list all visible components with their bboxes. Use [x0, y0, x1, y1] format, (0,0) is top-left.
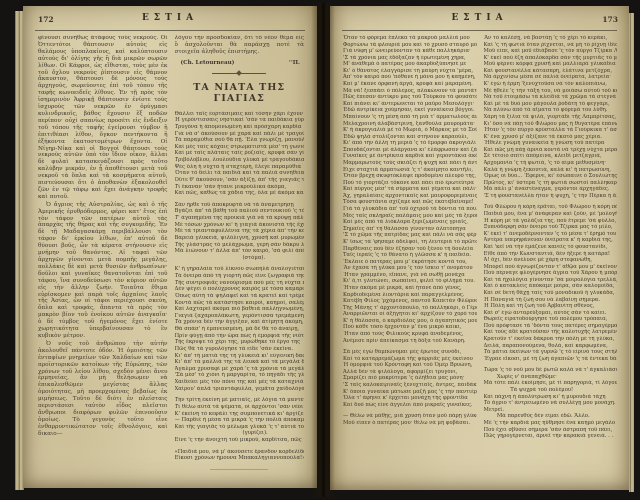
verse-line: Φορτώνω τὰ φλουριά μου καὶ τὸ χρυσὸ σταυ…	[343, 42, 477, 49]
verse-line: Μὰ νά! ξεσπάει ὁ πόλεμος, πλακώνουν τὰ μ…	[343, 88, 477, 95]
verse-line: Ἄχ, γηραλαίαις ἀρχοντικαῖς καὶ μαυροφορε…	[343, 193, 477, 200]
prose-paragraph: φίνουσι συνήθως ἀτάφους τοὺς νεκρούς. Οἱ…	[38, 35, 168, 201]
verse-line: Ἦταν ἀκόμα μὲ μικρά, καὶ ἤτανε ἀπὸ γένος…	[343, 285, 477, 292]
verse-line: Τῆς συντροφιᾶς νανούρισμα ποὺ μὲς τὴ νύχ…	[175, 280, 305, 287]
verse-line: Κ' ἡ γηραλαία τοῦ λίκνου σιωπηλὰ ἀναλογι…	[175, 266, 305, 273]
verse-line: Ἐδῶ ψηλὰ στολίζονται καὶ στήνουν καραούλ…	[343, 134, 477, 141]
verse-line: Ἐδῶ ἀντρίκεια χούμησαν, ἐκεῖ γυναίκεια β…	[343, 107, 477, 114]
verse-line: Μετρεῖ.	[484, 407, 618, 414]
author-signature: (Ch. Letourneau)	[181, 60, 235, 66]
page-number-right: 173	[602, 15, 618, 24]
verse-line: Ὅταν βρεχὴ σκυφτόκλαψε προδομένο πλευρό …	[343, 173, 477, 180]
verse-line: Εἶχε σταχτιὰ ἀρματωσιὰ 'ς τ' ἀκοίμητο κα…	[343, 167, 477, 174]
stanza: — Θέλω νὰ μάθῃς, μιὰ χρυσὴ ὅταν μοῦ πάρῃ…	[343, 413, 477, 426]
verse-line: Χαίρου' ἁπλᾶ τριαντάφυλλα, γεμᾶτα χαϊδολ…	[175, 386, 305, 393]
verse-line: Γιὰ νὰ σ' ἀκούσουν μὲ χαρὰ καὶ πάλι μὲ τ…	[175, 131, 305, 138]
verse-line: Ἂν τὸ καλέσῃ, νὰ βαστάῃ 'ς τὸ χέρι τὸ κε…	[484, 35, 618, 42]
verse-line: Τὰ ψυχρὰ τοῦ πολέμου!	[484, 387, 618, 394]
left-page-columns: φίνουσι συνήθως ἀτάφους τοὺς νεκρούς. Οἱ…	[23, 31, 317, 471]
verse-line: Κοντὰ πῶς τὰ κατάστησε καιροί, καημοί, σ…	[175, 300, 305, 307]
verse-line: Καὶ σὲ δετὴ θἄχῃ ταὶς τοῦ μοναδικοῦ ἡ γλ…	[484, 290, 618, 297]
translator-initial: ’’Π.	[289, 60, 300, 66]
verse-line: Δὲν ψέγει ὁ πολύχρονος καιρὸς μὲ τόσα κα…	[175, 286, 305, 293]
verse-line: Μοῦ φέρνει κόρφα χρυσῆ καὶ μαλλιαρὰ γλυκ…	[484, 61, 618, 68]
verse-line: Μ' ἀνάθεμά ὁ πατέρας μου ἀκαρδοξύπνησέ μ…	[343, 61, 477, 68]
verse-line: Κι' ἀπ' τὰ μαλλιά της τὰ λευκὰ καὶ τὰ με…	[175, 359, 305, 366]
verse-line: Τοῦ Φλώρου ἡ κόρη ἐρᾶται, τοῦ Φλώρου ἡ κ…	[484, 204, 618, 211]
verse-line: Τὴν τρίτη ἐκείνη μὲ ματιαῖς, μὲ λόγια τὰ…	[175, 397, 305, 404]
verse-line: Νὰ πλύνω ἀπὸ τὰ αἵματα τὸ φόρεμά του λύθ…	[484, 107, 618, 114]
verse-line: Τί θέλω αὐτὰ τὰ ψέματα, οἱ ἀρχόντοι 'σὰν…	[175, 404, 305, 411]
verse-line: Οὔτε θ' ἀκούσουν, 'σὰν ἀξίζῃ, ἀπ' τῆς γι…	[175, 177, 305, 184]
verse-line: Νὰ ἀρχινίσω μέσα σὲ παλιὰ ὀνείρατα, λατρ…	[484, 74, 618, 81]
stanza: Ὅταν τὸ φόρεμα ἔπλεκα τὰ μακρυὰ μαλλιά μ…	[343, 35, 477, 344]
verse-line: Πῶς ἔπεσαν ἀντίκρυ μας τοῦ Τούρκου τὰ φο…	[343, 94, 477, 101]
verse-line: Ἡ κόρη μὲ τὰ γαλάζια της, ποὺ ἔτρεμε 'σὰ…	[484, 218, 618, 225]
header-rule-left	[35, 30, 305, 31]
verse-line: Ἡ γερόντισσαις νηστικαὶ 'σὰν τὰ παιδάκια…	[175, 117, 305, 124]
verse-line: — Παρδιὲ ἡ μέσα τὰ μικρὰ 'ς τὴν πολιὰ ἀπ…	[175, 417, 305, 424]
verse-line: Σημαῖες ἀπ' τὴ θάλασσα γίνονταν ἁλατόπηγ…	[343, 226, 477, 233]
right-page-header: ΕΣΤΙΑ 173	[330, 13, 629, 28]
verse-line: Δειλά, παραπονούμενα, θολά, καὶ καρφωμέν…	[484, 343, 618, 350]
poem-opening-stanzas: Θάλλει ταῖς ἑορτάσιμαις καὶ τόσην χάρι ἔ…	[175, 111, 305, 462]
verse-line: Μαρμαρωτοὺς τοὺς σκιάζει ἡ ψυχὴ καὶ πάει…	[343, 160, 477, 167]
verse-line: Ἀρχομανία 'ς τὴ φωτιά, 'ς τὸ αἷμα μεθυσμ…	[484, 160, 618, 167]
verse-line: Ἔγραε εἴκοσι, μὲ τὴ ζωὴ ἀγαπιῶν 'ς τὰ ἔν…	[484, 356, 618, 363]
verse-line: Παιδιά μου, ἕνα μ' ἀνάφεραν καὶ ζοῦν, μὲ…	[484, 211, 618, 218]
header-rule-right	[342, 30, 617, 31]
verse-line: Καὶ πῶς, καθὼς τὰ χάδια της, ὅλα μὲ ἀκόμ…	[175, 190, 305, 197]
verse-line: Ὅμως οἱ δύο... Ἔφερνε, κι' ἐσώπαινε ὁ Σο…	[484, 173, 618, 180]
verse-line: Καρδιοδεμένα λιοντάρια καὶ παραγγελμένος…	[343, 292, 477, 299]
verse-line: Μελαχροινὴ ἀλαβάστρινη, ξανθούλα μαυρομά…	[343, 121, 477, 128]
stanza: Τὴν τρίτη ἐκείνη μὲ ματιαῖς, μὲ λόγια τὰ…	[175, 397, 305, 443]
verse-line: Θωρεῖς εἰρατοδούργησε τοῦ πολέμου τρόπαι…	[484, 316, 618, 323]
stanza: Ἂν τὸ καλέσῃ, νὰ βαστάῃ 'ς τὸ χέρι τὸ κε…	[484, 35, 618, 199]
verse-line: Καὶ μὲς ταὶς κόχαις στρωματιστὰ μέσ' τὴ …	[175, 144, 305, 151]
verse-line: Τὰ ὄνειρα ἀπὸ τὴ γιορτὴ πῶς εἶνε ζωγραφι…	[175, 273, 305, 280]
verse-line: Καὶ τὸ καταρρεμάζωμα τῆς ψαρριᾶς μὲς ἐκε…	[343, 356, 477, 363]
verse-line: Ἦταν ἀπὸ τοὺς Φιλικοὺς κρυφὰ ἀναδεμένος,	[343, 331, 477, 338]
verse-line: Καὶ λαχταρεῖ ἀκόμα πιὸ βαθειὰ παλληγνωμέ…	[175, 306, 305, 313]
stanza: Τώρα 'ς τὸ νοῦ μου δὲ ῥωτῶ καλὰ νὰ τ' ἀγ…	[484, 367, 618, 439]
verse-line: Σὰ μὲς ἐγὼ θαμπώνομαι μὲς ἔρωτος συνόδι,	[343, 349, 477, 356]
verse-line: Καὶ τοὺς ἀδὲ κρατοῦσαν τῆς καλοτυχῆς λατ…	[484, 329, 618, 336]
verse-line: Βαρειὰ γλυκειά, ψιλόλιγνη, χρυσῆ καὶ μυρ…	[175, 235, 305, 242]
verse-line: Ἔκλαιε ὁ πατέρας μου μ' ἐκράτησε κοντά τ…	[343, 259, 477, 266]
verse-line: Κ' ἡ ἀκρογιαλιὰ μὲ τὸ Μωριά, ὁ Μάρκος μὲ…	[343, 127, 477, 134]
verse-line: Ὅταν τὸ δείλι τὰ παιδιὰ καὶ τὰ παλιὰ συν…	[175, 170, 305, 177]
verse-line: Πῶς γηρογέρνεται, ἀρνεῖ τὴν καρακιὰ γενε…	[484, 433, 618, 440]
verse-line: Γιὰ τὰ γλυκάδια ἀπ' τοῦ ὀχτροῦ τὰ δόντια…	[343, 206, 477, 213]
stanza: «Παιδιά μου, νὰ μ' ἀκούσετε ἔρανδον κορδ…	[175, 449, 305, 462]
verse-line: Γιαγιὰ ζαχαροπλάκωτη, γερόντισσα τρεμάμε…	[175, 313, 305, 320]
verse-line: Κ' ἐγὼ ἡ ἔρμη 'ξενυχτοῦσα νὰ τὸν καλοπιά…	[484, 81, 618, 88]
verse-line: Κ' ἐκεῖ ποὺ ἔζη ἀπαλόκαρδα σὰν τῆς μυρτι…	[484, 55, 618, 62]
verse-line: Καὶ μ' ἔκανε ὀρφανὴ ἀργά, κρυφὰ καὶ μαρα…	[343, 81, 477, 88]
verse-line: Κατέβη Φίλος 'ρχόμενος, παντοῦ Καπετὰν Φ…	[343, 298, 477, 305]
right-page-columns: Ὅταν τὸ φόρεμα ἔπλεκα τὰ μακρυὰ μαλλιά μ…	[330, 31, 629, 471]
verse-line: Μοῦ εἶπε, καὶ μοῦ ἐδιάβασε 'ς τὸν πύργο …	[484, 48, 618, 55]
verse-line: Μὰ πάλι μ' ἀναστέναγμα, γερόντοι ἀρχηγάδ…	[484, 186, 618, 193]
verse-line: Σπουδάζονται μὲ ἀλάργανα κι' ἐλάφρωσαν κ…	[343, 147, 477, 154]
right-page-column-1: Ὅταν τὸ φόρεμα ἔπλεκα τὰ μακρυὰ μαλλιά μ…	[343, 35, 477, 471]
verse-line: Τὰ παραμύθια σοῦ θὰ πῇ. Ἔλα γνωρίζῃ, μαν…	[175, 137, 305, 144]
verse-line: Καὶ σ' ἐγὼ ἀνταρεύξομαι, αὐτὸς σὰν τὸ κα…	[484, 310, 618, 317]
book-spread-photo: 172 ΕΣΤΙΑ φίνουσι συνήθως ἀτάφους τοὺς ν…	[0, 0, 640, 500]
verse-line: Καὶ 'κεῖ νὰ τὴν ἐμάζευε κανεὶς τὸ φουστα…	[484, 244, 618, 251]
verse-line: Τώρα 'ς τὸ νοῦ μου δὲ ῥωτῶ καλὰ νὰ τ' ἀγ…	[484, 367, 618, 374]
verse-line: Τῆς ἔκρυψε τὸ χέρι της, μυρώθηκε τὸ ἔργο…	[175, 339, 305, 346]
verse-line: Ποὺ ἔχει σβύσει σήμερα 'σὰν ἀστραπὴ τοῦ …	[484, 427, 618, 434]
left-page-header: 172 ΕΣΤΙΑ	[23, 13, 317, 28]
verse-line: (στόμα).	[175, 255, 305, 262]
verse-line: Ξυπνόδερφη σὰν ὄνειρο τοῦ Τζίρκα μας τὸ …	[484, 224, 618, 231]
verse-line: 'Σ τὸ χῶμα τῆς πατρίδας μας καὶ πάλι νὰ …	[343, 232, 477, 239]
verse-line: Ψὲς ὅλη ἡ νύχτα ἡ σταχτερή, ἔλεγε παραμύ…	[175, 164, 305, 171]
verse-line: Μοῦ εἶπεν ὁ πατέρας μου· θέλω νὰ μὴ φοβᾶ…	[343, 420, 477, 427]
verse-line: 'Σ ταῖς καλοκαιριναῖς ξενυχτιαῖς, ἄντρες…	[343, 382, 477, 389]
page-edges-right	[629, 13, 634, 492]
verse-line: Σὲ τέτοιο σπίτι ἀπόμεινα, κλειδὶ μετζαγρ…	[484, 153, 618, 160]
verse-line: Τριβόλοβλου, λουλούδια γλυκὰ μὲ τραγουδά…	[175, 157, 305, 164]
verse-line: Βγάζει ἀπ' τὰ βάθη τοῦ παλιοῦ σεντουκιοῦ…	[175, 208, 305, 215]
verse-line: 'Σ τὴ φουστανέλλα ἦταν ἡ ψυχή, 'ς τὴν Πέ…	[484, 193, 618, 200]
verse-line: Χωρὶς ν' ἀναπαχθῶμε·	[484, 374, 618, 381]
verse-line: Θὰ σπάσ' ἡ ἐμπνευσμένη, μὰ δὲ θὰ τὸ ἀναί…	[175, 326, 305, 333]
verse-line: Κι' ὁ θάνατος ἐλαγγάρισε τὴ μαύρη νύχτα …	[343, 68, 477, 75]
left-page-column-1: φίνουσι συνήθως ἀτάφους τοὺς νεκρούς. Οἱ…	[38, 35, 168, 471]
verse-line: Τρυγόνα ἡ ἀπομονωμένη καὶ πρόσχαρη καρδί…	[175, 124, 305, 131]
left-page-column-2: λόγου τὴν προσδοκίαν, ὅτι τὸ νέον θέμα ε…	[175, 35, 305, 471]
verse-line: Κι' ἀπ' τὴ ματιά της τὴ γλυκειὰ κι' εὐγε…	[175, 353, 305, 360]
verse-line: Εἴκοσι χρόνων ἤμουνα Μπακαληγιαννοπούλα!…	[175, 455, 305, 462]
verse-line: Καλὰ ἡ γνώμη ξεκουτιά, καλὰ κι' ἡ πατρωσ…	[484, 167, 618, 174]
verse-line: 'Σὰ μέσ' τὸ χιόνι ἡ μαργαρίτα, τὸ πηγάδι…	[175, 372, 305, 379]
verse-line: Μὰ λιώνουν τ' ἄλλα ἀπ' τὸν καιρό, 'σὰ φι…	[175, 248, 305, 255]
verse-line: Καὶ τὰ ἠχολόγια γίνονταν 'σὰ μοιρολόγια …	[484, 277, 618, 284]
verse-line: Τὰ μάτια ἐκείνων τὰ γυρνῶ 'ς τὸ εἰρινό τ…	[484, 349, 618, 356]
verse-line: Πρὶν φύγῃ ἀπὸ τὴν ὥρα πὼς ἡ ἐμορφιὰ τῆς …	[175, 333, 305, 340]
verse-line: Εἴθε ἀπὸ τὴν Κωνσταντιά, δὲν ἤξερε ἡ κατ…	[484, 251, 618, 258]
verse-line: Γιὰ νύφη μ' ὠνειρεύονταν τὰ κάθε παλληκά…	[343, 48, 477, 55]
verse-line: Τῆς γλάστρας τὸ μελάχρωμα, γερὴ σὰν δάκρ…	[175, 242, 305, 249]
stanza: Τοῦ Φλώρου ἡ κόρη ἐρᾶται, τοῦ Φλώρου ἡ κ…	[484, 204, 618, 362]
verse-line: Νὰ τοῦ ἑτοιμάσω τὰ κλειδιὰ τὰ χρῶμα τὰ σ…	[484, 94, 618, 101]
verse-line: Χάρη τὰ ξίλια τὰ ψιλά, γιορτάδι τῆς Λαμπ…	[484, 114, 618, 121]
verse-line: Κ' ὅποια γυναίκα μάτωσε μαζῆ μας 'ς τὴν …	[343, 389, 477, 396]
verse-line: Κ' ἐκεῖ τ' ἀνεμοδέρνονταν 'ς τὸ μέσα τ' …	[484, 231, 618, 238]
verse-line: Τὸ ἄγριο τ' ἀντρειωμένο νὰ συλλέγῃ μου μ…	[484, 400, 618, 407]
section-divider-ornament	[175, 69, 305, 78]
stanza: Κ' ἡ γηραλαία τοῦ λίκνου σιωπηλὰ ἀναλογι…	[175, 266, 305, 392]
stanza: Θάλλει ταῖς ἑορτάσιμαις καὶ τόσην χάρι ἔ…	[175, 111, 305, 197]
verse-line: Ἄγαλμα χρυσαφὶ μὲ χαρὰ 'ς τὰ χρόνια τὰ μ…	[175, 366, 305, 373]
verse-line: Ἦταν γραμμένο, εἴπανε, γιὰ νὰ σωθῇ μονάχ…	[343, 272, 477, 279]
verse-line: Ὅταν τὸ φόρεμα ἔπλεκα τὰ μακρυὰ μαλλιά μ…	[343, 35, 477, 42]
verse-line: Ἀλλὰ δὲν τὰ ψιλόλογα, ἀφορμίζει τρυγόνι,	[343, 369, 477, 376]
verse-line: Ἡ Πόλη καὶ τὴ ζωὴ τοῦ Ἀρβανίτη σθένος,	[484, 303, 618, 310]
article-signature-row: (Ch. Letourneau) ’’Π.	[181, 60, 301, 66]
verse-line: Μὲ ἤθελε 'ς τὴν τάξη του, νὰ μοιάσω αὐτο…	[484, 88, 618, 95]
verse-line: Γυναῖκες μὲ ἀντρίκεια καρδιὰ καὶ γεροντά…	[343, 153, 477, 160]
verse-line: Ἀντέρα ὑπερηφάνευαν ὀνείρατα κ' ἡ καρδιά…	[484, 237, 618, 244]
verse-line: Κ' ἐκείνη τὸ κεφάλι της συμπονετικὰ κι' …	[175, 411, 305, 418]
verse-line: Μὰ τότε πάλι ἐκοίμησε, μὲ τί παρηγοριά, …	[484, 380, 618, 387]
verse-line: Χαϊδεύει μὲς τὸν πόνο της καὶ μὲς τὰ κατ…	[175, 379, 305, 386]
verse-line: Μὲ τὰ τριανταφυλλένια της τὰ χέρια ἀπ' τ…	[175, 228, 305, 235]
verse-line: Καὶ πάχνη ἡ ἀπολύτρωση κι' ἡ μυρουδιὰ τά…	[484, 394, 618, 401]
verse-line: Μὰ παρευθὺς δὲν εἶμαι ἐδῶ. Ἄλλο.	[484, 413, 618, 420]
poem-title: ΤΑ ΝΙΑΤΑ ΤΗΣ ΓΙΑΓΙΑΣ	[175, 82, 305, 104]
verse-line: Καὶ πῶς μὴ πάῃ ἀρνιὰ κοντὰ νὰ τρέχῃ νύχτ…	[484, 147, 618, 154]
verse-line: Ἡ ὁμορφιὰ τοῦ Κρόνταφη καὶ τοῦ Ὁμὲρ Βρυώ…	[343, 362, 477, 369]
verse-line: Ἦταν 'ς τὸν πύργο κρύσταλλα τὰ Γιούρκικα…	[484, 127, 618, 134]
end-flourish	[210, 469, 268, 470]
verse-line: Τῆς Μάνης τ' ἀρχοντόπουλο, τὸ παλληκάρι,…	[343, 305, 477, 312]
verse-line: Καὶ 'ς τὴ φωτιὰ ὅταν ῥίχνεται, νὰ μὴ τὸ …	[484, 42, 618, 49]
verse-line: Θάλλει ταῖς ἑορτάσιμαις καὶ τόσην χάρι ἔ…	[175, 111, 305, 118]
verse-line: Κ' ἡ θάλασσα, ὁ καρδιόλας μου, ὁ ἀγαπητι…	[343, 318, 477, 325]
verse-line: Τὰ χρόνια δὲν τὴν ἄγγιξαν, καὶ ἀτίμητη ἀ…	[175, 319, 305, 326]
verse-line: Καὶ μὲς ἀπὸ τὰ λιόκλαρα ξεριζωμέναις γρι…	[343, 219, 477, 226]
verse-line: Ἀνέμισε πρὶν ἀπείκασμα τὴ δόξα τοῦ Κανάρ…	[343, 338, 477, 345]
verse-line: Κι' ἀπὸ τὴν ἄλλη τὴ μεριὰ 'ς τὸ ἔμορφο ἀ…	[343, 140, 477, 147]
verse-line: Καὶ πύργος μέσ' τὰ σύρματα καὶ γέματα κα…	[343, 186, 477, 193]
verse-line: Καὶ δυὸ πὼς εἶνε ἄγγελοι ἀπὸ μικραῖς γυν…	[343, 402, 477, 409]
verse-line: Ταῖς ἱεραῖς 'ς τὸ θάνατο ἡ γλῶσσα κ' ἡ π…	[343, 252, 477, 259]
verse-line: Ἀπ' τὸν καιρὸ ποὺ 'πόθανε ἡ μάνα μου ἡ κ…	[343, 74, 477, 81]
verse-line: Τόσα φουστάνια σχίζαμε καὶ πῶς ἐκατεβαίν…	[343, 199, 477, 206]
verse-line: Καὶ μὲ τὰ δυό μου μάγουλα ῥοδάτη τὸ φεγγ…	[484, 101, 618, 108]
verse-line: Πῶς θὰ τὰ γυρολόγησε τὰ εἶδε 'σὰν ἐκεῖνα…	[175, 346, 305, 353]
verse-line: Καὶ μὲ ταῖς πλάταις ταῖς ῥοζιαῖς, κρυφὰ …	[175, 150, 305, 157]
verse-line: Τ' ἀγαπημένα της προικιὰ γιὰ νὰ τὰ κρύψῃ…	[175, 215, 305, 222]
verse-line: (γυρίζει).	[175, 430, 305, 437]
verse-line: Εἶνε 'ς τὴν ἀνοιχτὴ τοῦ μικροῦ, καρδίτσα…	[175, 437, 305, 444]
verse-line: Μπαίνουν 'ς τὴ μέση ἀπὸ τὴ μιὰ τ' ἀρματω…	[343, 114, 477, 121]
verse-line: — Θέλω νὰ μάθῃς, μιὰ χρυσὴ ὅταν μοῦ πάρῃ…	[343, 413, 477, 420]
verse-line: Σὰν ἦρθε τοῦ ἀποκρυφτὰ νὰ τὰ ἀναμετρήσῃ	[175, 202, 305, 209]
verse-line: Ἄ! ὄχι, δὲν ἀνέλυσε μὲ χάρη στεφανώθη,	[484, 257, 618, 264]
verse-line: Ποὺ πέρναγε φλογέρνησε ἄγρια τοῦ Χάρου ἡ…	[484, 270, 618, 277]
verse-line: Μπορεῖ ποὺ ἀγνωρίζονταν τ' ἀθῷα μου μ' ἐ…	[484, 264, 618, 271]
journal-title-left: ΕΣΤΙΑ	[23, 13, 317, 23]
verse-line: Κι' ὅσο νὰ πάῃ τοῦ Φλώρου μας ἡ θυγατέρα…	[484, 121, 618, 128]
verse-line: Ποὺ τὸ γιορτάζει τὄκανε καὶ πάει πιὸ ἐρω…	[343, 180, 477, 187]
verse-line: Καὶ πιάνει κι' ἀντερώνεται τὸ μαῦρο Μεσο…	[343, 101, 477, 108]
verse-line: Ἂν ἔχασα τὴ γλύκα μου 'ς τὸν ἴσκιο τ' ὀν…	[343, 265, 477, 272]
right-page-column-2: Ἂν τὸ καλέσῃ, νὰ βαστάῃ 'ς τὸ χέρι τὸ κε…	[484, 35, 618, 471]
prose-paragraph: Ὁ ἄγριος τῆς Αὐστραλίας, ὡς καὶ ὁ τῆς Ἀμ…	[38, 202, 168, 340]
verse-line: Ἤθελε γνώμη γυναικεία ἡ γνώση τοῦ πατέρα	[484, 140, 618, 147]
verse-line: Κ' ἴσως τὰ 'φήσαμε ἀδελφοί, τὴ λευτεριὰ …	[343, 239, 477, 246]
verse-line: Παρθέναις ποὺ δὲν ἔζησαν τοῦ ξένου τὴ δο…	[343, 246, 477, 253]
article-ending-text: λόγου τὴν προσδοκίαν, ὅτι τὸ νέον θέμα ε…	[175, 35, 305, 56]
stanza: Σὰν ἦρθε τοῦ ἀποκρυφτὰ νὰ τὰ ἀναμετρήσῃΒ…	[175, 202, 305, 262]
verse-line: Τί ἔκαναν 'σὰν ἤτανε μικρούλικα ἀκόμα,	[175, 184, 305, 191]
verse-line: Σμαρίζει πιὸ μακρύτερα 'ς ἀλήθεια μας μό…	[343, 375, 477, 382]
right-page: ΕΣΤΙΑ 173 Ὅταν τὸ φόρεμα ἔπλεκα τὰ μακρυ…	[330, 6, 629, 490]
verse-line: «Παιδιά μου, νὰ μ' ἀκούσετε ἔρανδον κορδ…	[175, 449, 305, 456]
verse-line: 'Σ τὰ χρόνια μας ἐδόξαζαν ἡ ἐρωτεμένη χή…	[343, 55, 477, 62]
verse-line: Κ' ἕνα χρυσὸ μ' ἀξίζανε τὰ ἑκατό μας χέρ…	[484, 134, 618, 141]
verse-line: Καὶ φουστανέλλα κάτασπρη, ἐλάτινα μετζόχ…	[484, 68, 618, 75]
verse-line: Μὲ 'ς τὴν καρδιά μας ηὔθμησε ἕνα καημὸ μ…	[484, 420, 618, 427]
verse-line: Καὶ τῆς γιαγιᾶς τὸ μέλωμα γλυκὰ 'ς τ' αὐ…	[175, 424, 305, 431]
verse-line: Ὅπως αὐτὴ τὰ ψηλαφεῖ καὶ τὰ κρατεῖ καὶ τ…	[175, 293, 305, 300]
verse-line: Κι' ὅ,τι γλυτώνει, σωπαίνει, φιλεῖ τὸ φί…	[343, 278, 477, 285]
verse-line: Ποὺ πρόφτασε τὰ 'δόντα τους πατέρες σημα…	[484, 323, 618, 330]
journal-title-right: ΕΣΤΙΑ	[330, 13, 629, 23]
verse-line: Ἀναρριῶνται οἱ ἀξήγητοι κι' ἀρχίζουν τὸ …	[343, 311, 477, 318]
verse-line: Μὲ τόσων χρόνων κι' ἡ γιαγιὰ ἀκονιστὰ τῆ…	[175, 222, 305, 229]
verse-line: Ὅλα τ' ἀφήνει κ' ἔρχεται μονάχη της φρον…	[343, 395, 477, 402]
verse-line: Μὲς ταῖς σκληραῖς παλάμαις μου καὶ μὲς τ…	[343, 213, 477, 220]
verse-line: Κρατοῦν τ' ἐκεῖνα δάκρυα τὴν πόλη μὲ τὴ …	[484, 336, 618, 343]
verse-line: Ἡ Παναγιὰ τὴ ζωή σου νὰ λαβαίνῃ σήμερα.	[484, 297, 618, 304]
stanza: Σὰ μὲς ἐγὼ θαμπώνομαι μὲς ἔρωτος συνόδι,…	[343, 349, 477, 408]
left-page: 172 ΕΣΤΙΑ φίνουσι συνήθως ἀτάφους τοὺς ν…	[23, 6, 317, 488]
divider-line	[212, 73, 266, 74]
prose-paragraph: Ὁ νοῦς τοῦ ἀνθρώπου τὴν αὐτὴν ἀκολουθεῖ …	[38, 341, 168, 438]
verse-line: Καὶ ὁ κατακλείς ἀπόκαμε μοίρα, σὰν καλομ…	[484, 283, 618, 290]
verse-line: Πρῶτος, κι' ὕστερα 'ς τὴ φωτιὰ σωστοὶ πα…	[484, 180, 618, 187]
verse-line: Ποὺ κάθε τόσο ἔρχονταν μ' ἕνα μικρὸ καΐκ…	[343, 324, 477, 331]
